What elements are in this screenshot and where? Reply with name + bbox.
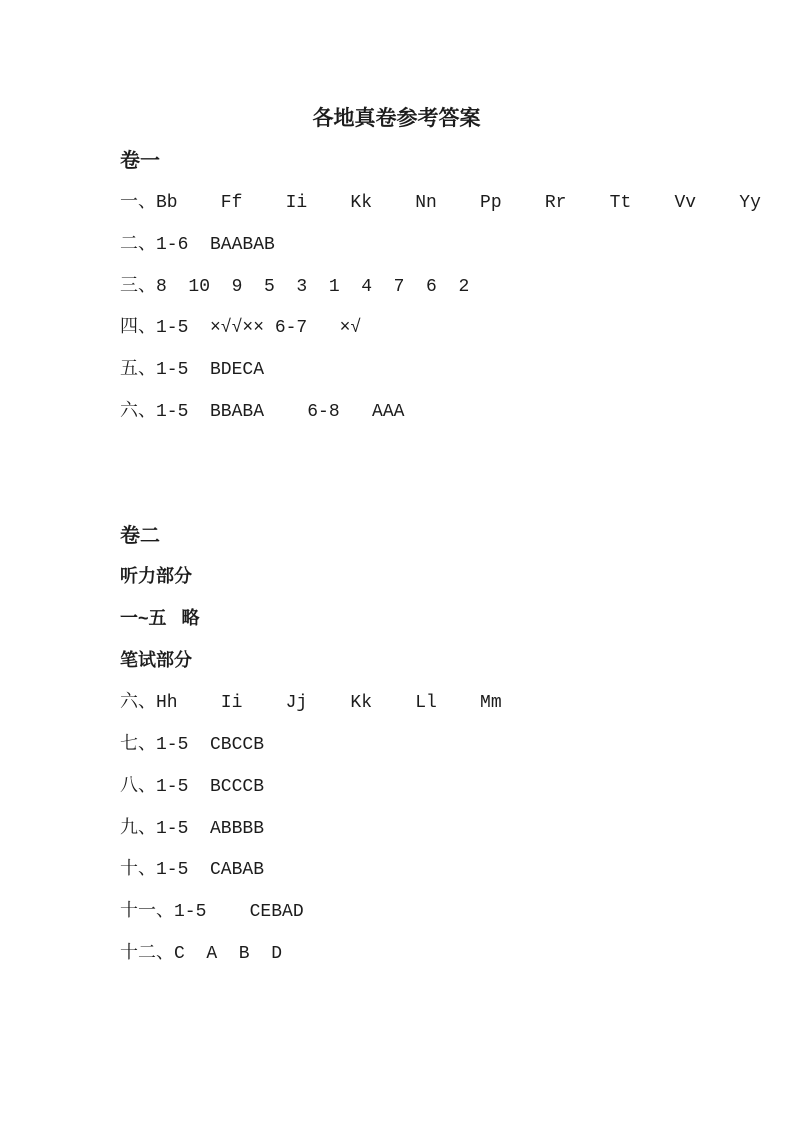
- listening-omitted-note: 一~五 略: [0, 596, 793, 638]
- paper1-answer-line-5: 五、1-5 BDECA: [0, 346, 793, 388]
- blank-line: [0, 471, 793, 513]
- paper2-answer-line-10: 十、1-5 CABAB: [0, 846, 793, 888]
- section-paper2: 卷二 听力部分 一~五 略 笔试部分 六、Hh Ii Jj Kk Ll Mm 七…: [0, 513, 793, 972]
- paper2-answer-line-6: 六、Hh Ii Jj Kk Ll Mm: [0, 680, 793, 722]
- paper2-answer-line-9: 九、1-5 ABBBB: [0, 805, 793, 847]
- paper2-heading: 卷二: [0, 513, 793, 555]
- paper2-answer-line-7: 七、1-5 CBCCB: [0, 721, 793, 763]
- paper2-answer-line-12: 十二、C A B D: [0, 930, 793, 972]
- paper1-answer-line-4: 四、1-5 ×√√×× 6-7 ×√: [0, 304, 793, 346]
- answer-key-page: 各地真卷参考答案 卷一 一、Bb Ff Ii Kk Nn Pp Rr Tt Vv…: [0, 0, 793, 1122]
- listening-section-heading: 听力部分: [0, 555, 793, 597]
- blank-line: [0, 430, 793, 472]
- written-section-heading: 笔试部分: [0, 638, 793, 680]
- section-paper1: 卷一 一、Bb Ff Ii Kk Nn Pp Rr Tt Vv Yy 二、1-6…: [0, 138, 793, 430]
- paper2-answer-line-11: 十一、1-5 CEBAD: [0, 888, 793, 930]
- paper1-answer-line-2: 二、1-6 BAABAB: [0, 221, 793, 263]
- paper1-answer-line-3: 三、8 10 9 5 3 1 4 7 6 2: [0, 263, 793, 305]
- paper1-answer-line-1: 一、Bb Ff Ii Kk Nn Pp Rr Tt Vv Yy: [0, 179, 793, 221]
- paper1-answer-line-6: 六、1-5 BBABA 6-8 AAA: [0, 388, 793, 430]
- paper1-heading: 卷一: [0, 138, 793, 180]
- page-title: 各地真卷参考答案: [0, 96, 793, 138]
- paper2-answer-line-8: 八、1-5 BCCCB: [0, 763, 793, 805]
